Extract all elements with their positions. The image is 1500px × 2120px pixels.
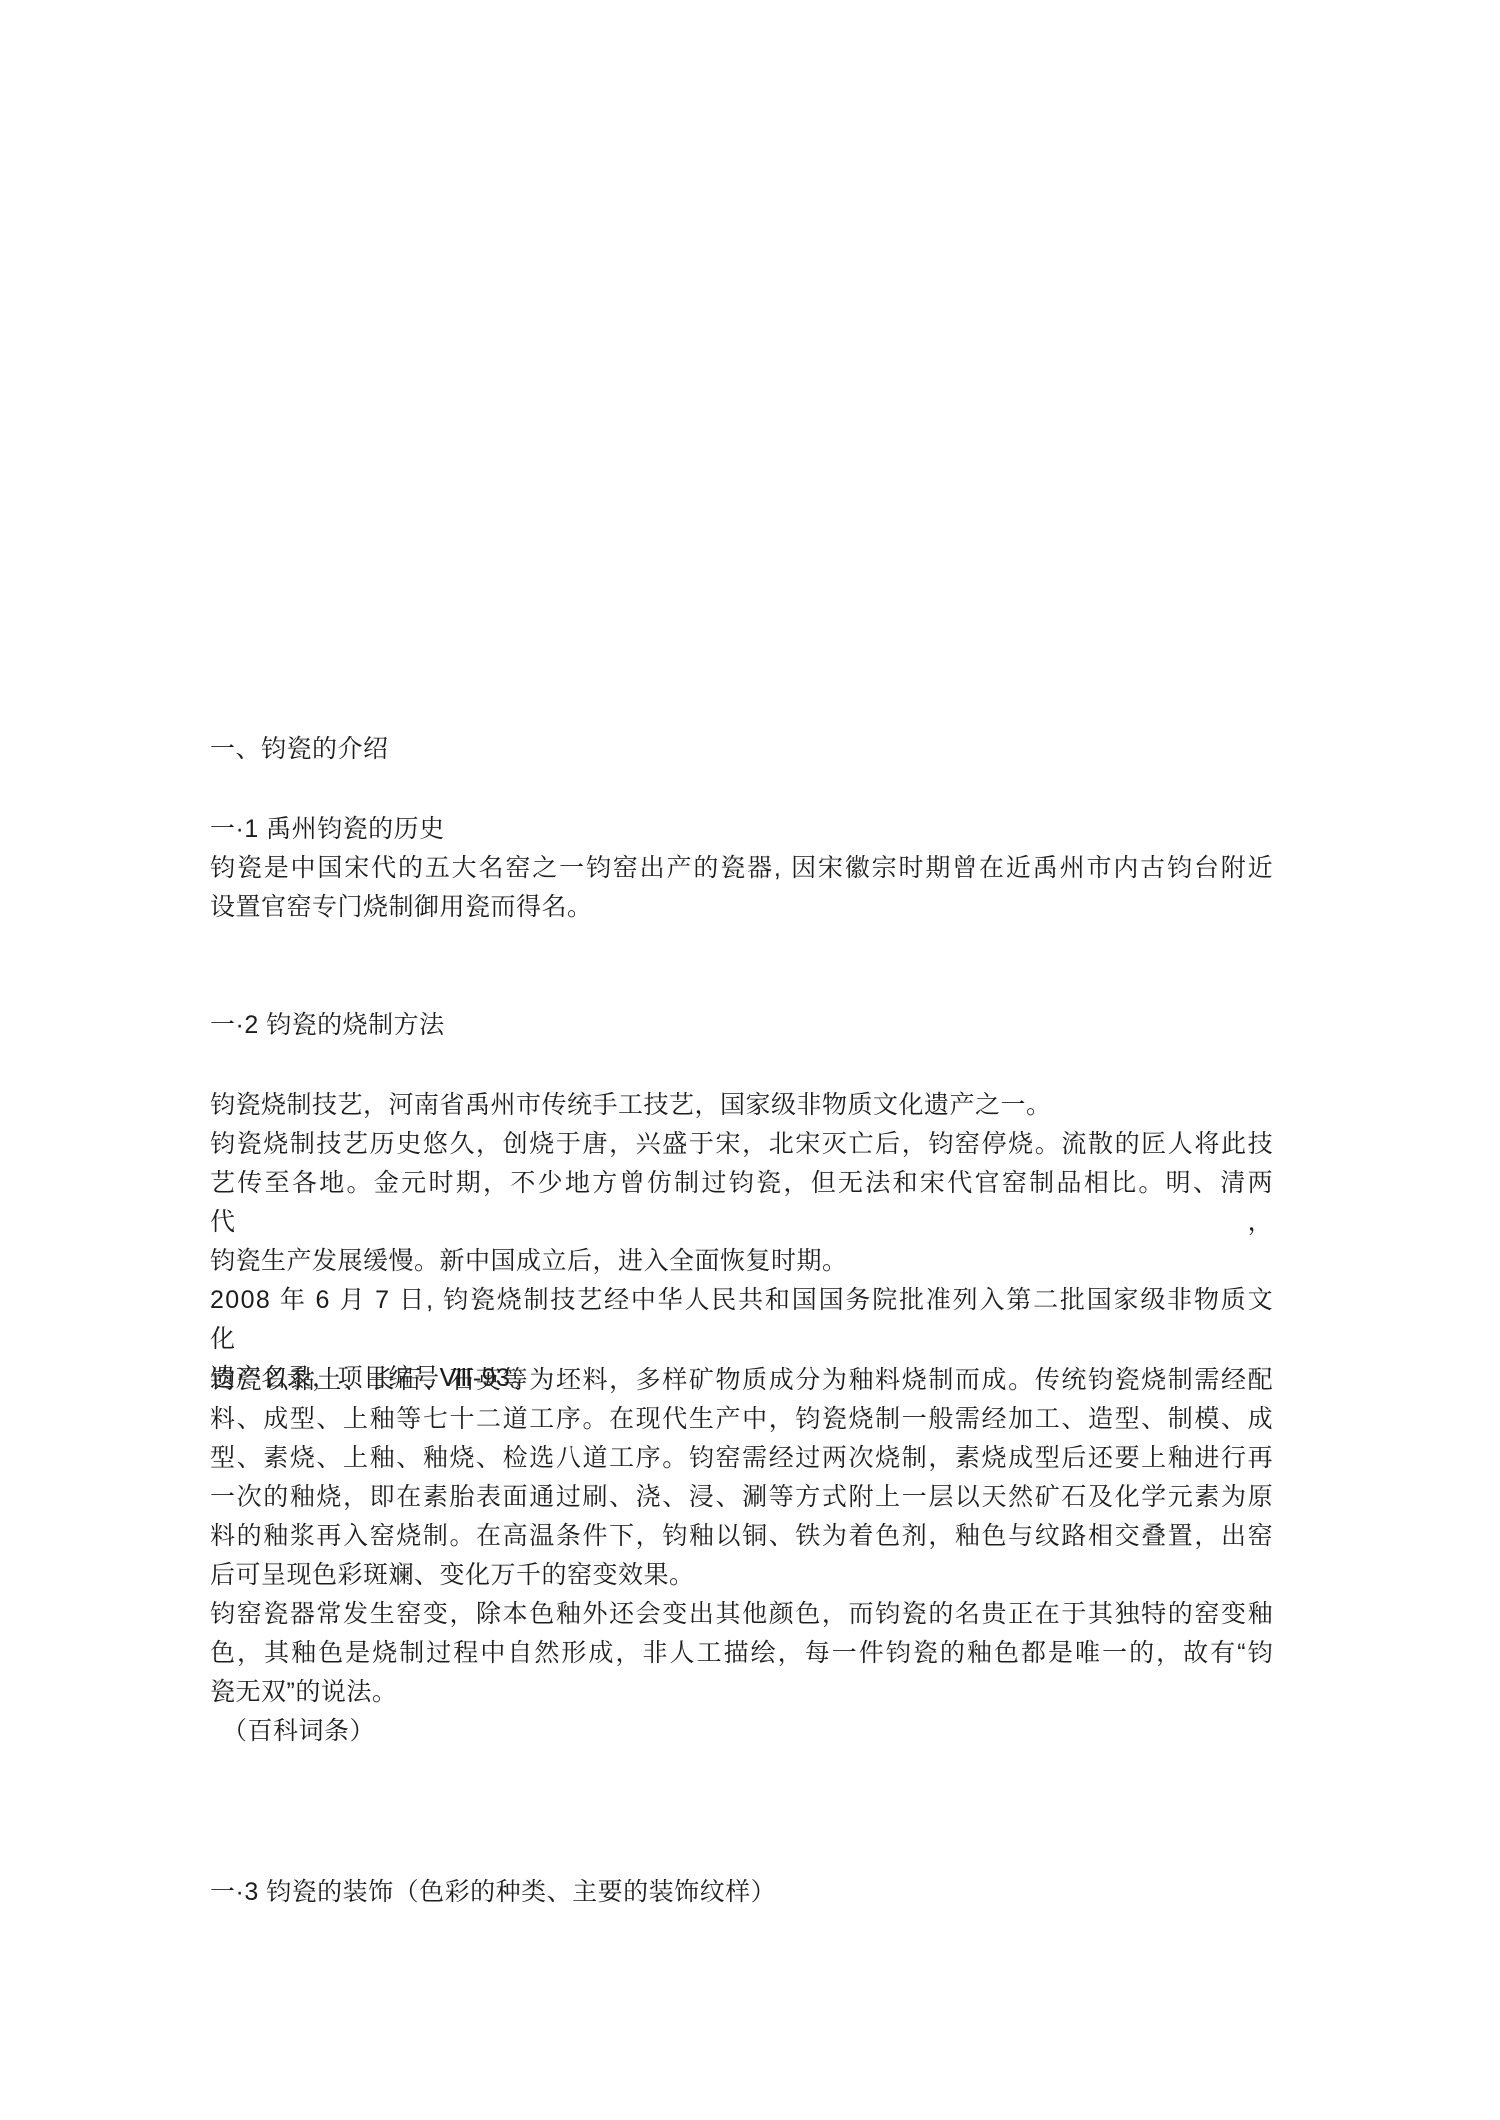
paragraph-line: 2008 年 6 月 7 日, 钧瓷烧制技艺经中华人民共和国国务院批准列入第二批… [210, 1281, 1274, 1359]
document-text-column: 一、钧瓷的介绍 一·1 禹州钧瓷的历史 钧瓷是中国宋代的五大名窑之一钧窑出产的瓷… [210, 0, 1274, 2120]
paragraph-line: 料、成型、上釉等七十二道工序。在现代生产中，钧瓷烧制一般需经加工、造型、制模、成 [210, 1400, 1274, 1439]
chapter-heading: 一、钧瓷的介绍 [210, 730, 1274, 769]
paragraph-line: 料的釉浆再入窑烧制。在高温条件下，钧釉以铜、铁为着色剂，釉色与纹路相交叠置，出窑 [210, 1517, 1274, 1556]
paragraph-line: 一次的釉烧，即在素胎表面通过刷、浇、浸、涮等方式附上一层以天然矿石及化学元素为原 [210, 1478, 1274, 1517]
paragraph-line: 钧瓷生产发展缓慢。新中国成立后，进入全面恢复时期。 [210, 1242, 1274, 1281]
section-1-2-heading: 一·2 钧瓷的烧制方法 [210, 1006, 1274, 1045]
chapter-heading-text: 一、钧瓷的介绍 [210, 730, 1274, 769]
paragraph-line: 钧窑瓷器常发生窑变，除本色釉外还会变出其他颜色，而钧瓷的名贵正在于其独特的窑变釉 [210, 1595, 1274, 1634]
section-1-1-heading: 一·1 禹州钧瓷的历史 [210, 810, 1274, 849]
paragraph-line: 色，其釉色是烧制过程中自然形成，非人工描绘，每一件钧瓷的釉色都是唯一的，故有“钧 [210, 1634, 1274, 1673]
paragraph-line: 设置官窑专门烧制御用瓷而得名。 [210, 888, 1274, 927]
section-1-3-heading: 一·3 钧瓷的装饰（色彩的种类、主要的装饰纹样） [210, 1873, 1274, 1912]
paragraph-line: 钧瓷以黏土、长石、石英等为坯料，多样矿物质成分为釉料烧制而成。传统钧瓷烧制需经配 [210, 1361, 1274, 1400]
paragraph-line: 型、素烧、上釉、釉烧、检选八道工序。钧窑需经过两次烧制，素烧成型后还要上釉进行再 [210, 1439, 1274, 1478]
section-1-1: 一·1 禹州钧瓷的历史 钧瓷是中国宋代的五大名窑之一钧窑出产的瓷器, 因宋徽宗时… [210, 810, 1274, 927]
paragraph-line: 钧瓷是中国宋代的五大名窑之一钧窑出产的瓷器, 因宋徽宗时期曾在近禹州市内古钧台附… [210, 849, 1274, 888]
section-1-2: 一·2 钧瓷的烧制方法 [210, 1006, 1274, 1045]
paragraph-line: 钧瓷烧制技艺，河南省禹州市传统手工技艺，国家级非物质文化遗产之一。 [210, 1086, 1274, 1125]
document-page: 一、钧瓷的介绍 一·1 禹州钧瓷的历史 钧瓷是中国宋代的五大名窑之一钧窑出产的瓷… [0, 0, 1500, 2120]
section-1-2-paragraph-1: 钧瓷烧制技艺，河南省禹州市传统手工技艺，国家级非物质文化遗产之一。 钧瓷烧制技艺… [210, 1086, 1274, 1398]
section-1-2-paragraph-2: 钧瓷以黏土、长石、石英等为坯料，多样矿物质成分为釉料烧制而成。传统钧瓷烧制需经配… [210, 1361, 1274, 1751]
paragraph-line: 钧瓷烧制技艺历史悠久，创烧于唐，兴盛于宋，北宋灭亡后，钧窑停烧。流散的匠人将此技 [210, 1125, 1274, 1164]
section-1-3: 一·3 钧瓷的装饰（色彩的种类、主要的装饰纹样） [210, 1873, 1274, 1912]
paragraph-line: 瓷无双”的说法。 [210, 1673, 1274, 1712]
paragraph-line: 艺传至各地。金元时期，不少地方曾仿制过钧瓷，但无法和宋代官窑制品相比。明、清两代… [210, 1164, 1274, 1242]
source-note: （百科词条） [210, 1712, 1274, 1751]
paragraph-line: 后可呈现色彩斑斓、变化万千的窑变效果。 [210, 1556, 1274, 1595]
